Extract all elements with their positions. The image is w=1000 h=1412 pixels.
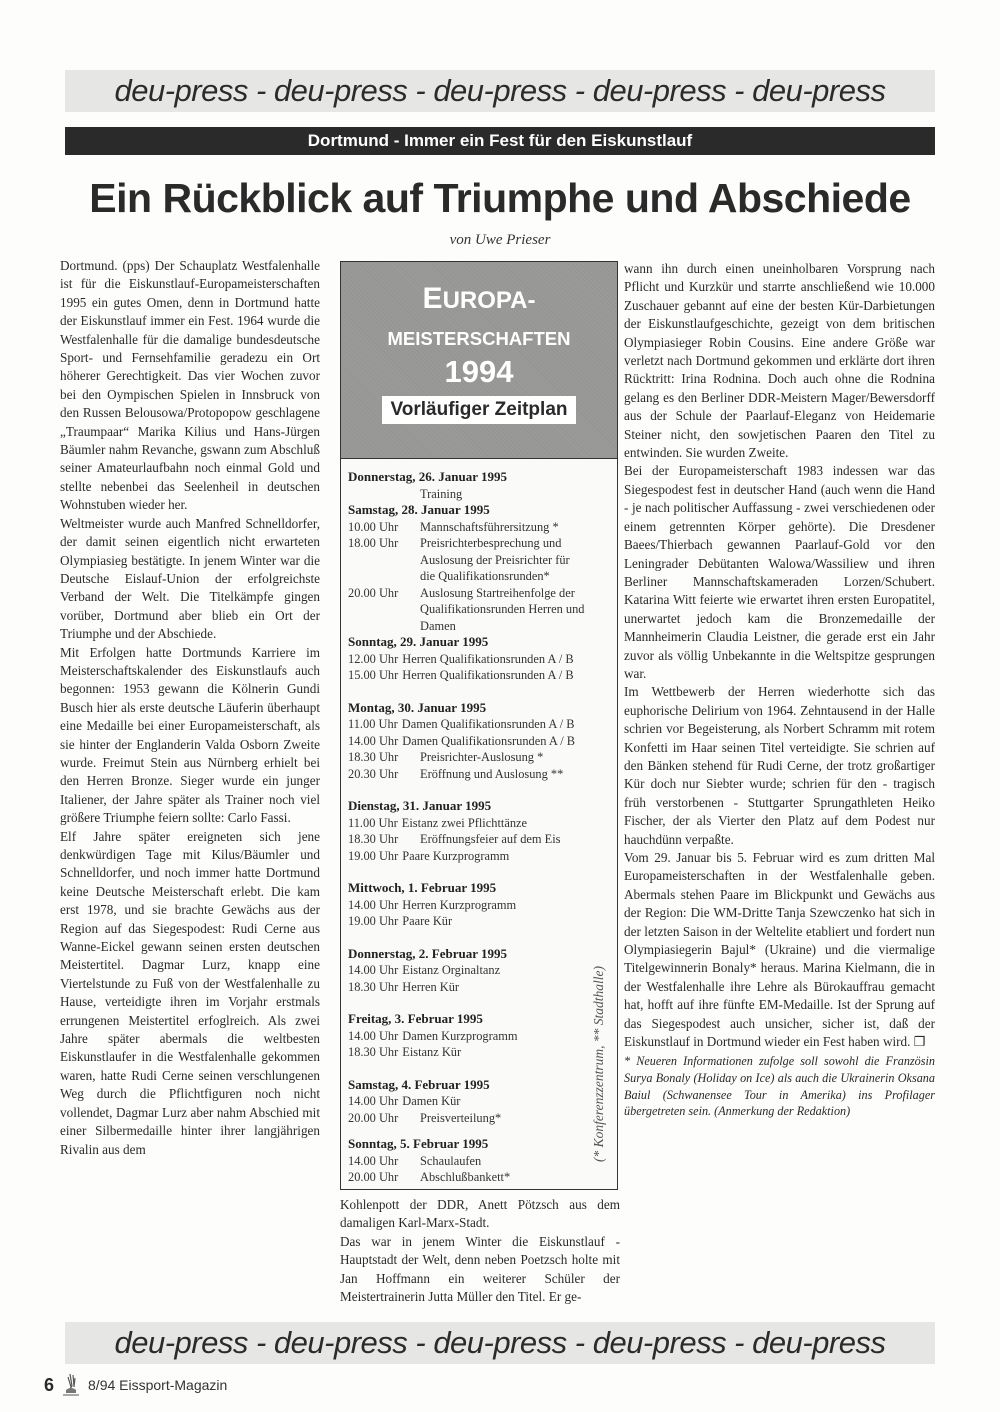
paragraph: Bei der Europameisterschaft 1983 indesse… (624, 462, 935, 683)
schedule-event: 14.00 UhrHerren Kurzprogramm (348, 897, 617, 914)
day-date: Donnerstag, 2. Februar 1995 (348, 946, 617, 963)
schedule-day: Montag, 30. Januar 1995 11.00 UhrDamen Q… (348, 700, 617, 783)
skater-logo-icon (60, 1372, 82, 1398)
schedule-subtitle: Vorläufiger Zeitplan (382, 396, 575, 424)
schedule-event: 14.00 UhrDamen Kurzprogramm (348, 1028, 617, 1045)
title-rest: UROPA- (443, 287, 536, 314)
day-date: Mittwoch, 1. Februar 1995 (348, 880, 617, 897)
day-date: Donnerstag, 26. Januar 1995 (348, 469, 617, 486)
day-date: Samstag, 4. Februar 1995 (348, 1077, 617, 1094)
paragraph: Das war in jenem Winter die Eiskunstlauf… (340, 1233, 620, 1307)
schedule-event: 11.00 UhrEistanz zwei Pflichttänze (348, 815, 617, 832)
venue-legend: (* Konferenzzentrum, ** Stadthalle) (591, 934, 615, 1194)
magazine-issue: 8/94 Eissport-Magazin (88, 1377, 227, 1393)
schedule-event: 20.00 UhrAuslosung Startreihenfolge der … (348, 585, 617, 635)
day-date: Montag, 30. Januar 1995 (348, 700, 617, 717)
schedule-day: Mittwoch, 1. Februar 1995 14.00 UhrHerre… (348, 880, 617, 930)
schedule-event: 10.00 UhrMannschaftsführersitzung * (348, 519, 617, 536)
deu-press-banner-bottom: deu-press - deu-press - deu-press - deu-… (65, 1322, 935, 1364)
schedule-event: 20.00 UhrAbschlußbankett* (348, 1169, 617, 1186)
paragraph: Weltmeister wurde auch Manfred Schnelldo… (60, 515, 320, 644)
schedule-event: 14.00 UhrDamen Qualifikationsrunden A / … (348, 733, 617, 750)
schedule-event: 18.00 UhrPreisrichterbesprechung und Aus… (348, 535, 617, 585)
box-title-year: 1994 (341, 354, 617, 390)
schedule-event: 19.00 UhrPaare Kurzprogramm (348, 848, 617, 865)
title-initial: E (423, 282, 443, 315)
schedule-list: Donnerstag, 26. Januar 1995 Training Sam… (341, 459, 617, 1186)
schedule-day: Sonntag, 29. Januar 1995 12.00 UhrHerren… (348, 634, 617, 684)
paragraph: wann ihn durch einen uneinholbaren Vorsp… (624, 260, 935, 462)
schedule-day: Donnerstag, 2. Februar 1995 14.00 UhrEis… (348, 946, 617, 996)
schedule-event: 20.00 UhrPreisverteilung* (348, 1110, 617, 1127)
paragraph: Kohlenpott der DDR, Anett Pötzsch aus de… (340, 1196, 620, 1233)
schedule-day: Samstag, 28. Januar 1995 10.00 UhrMannsc… (348, 502, 617, 634)
schedule-event: 14.00 UhrDamen Kür (348, 1093, 617, 1110)
box-title-line2: MEISTERSCHAFTEN (341, 324, 617, 354)
article-column-right: wann ihn durch einen uneinholbaren Vorsp… (624, 260, 935, 1120)
box-title-line1: EUROPA- (341, 262, 617, 316)
day-date: Freitag, 3. Februar 1995 (348, 1011, 617, 1028)
deu-press-banner-top: deu-press - deu-press - deu-press - deu-… (65, 70, 935, 112)
page-number: 6 (44, 1375, 54, 1396)
schedule-day: Samstag, 4. Februar 1995 14.00 UhrDamen … (348, 1077, 617, 1127)
schedule-event: 14.00 UhrSchaulaufen (348, 1153, 617, 1170)
schedule-day: Dienstag, 31. Januar 1995 11.00 UhrEista… (348, 798, 617, 864)
schedule-event: 12.00 UhrHerren Qualifikationsrunden A /… (348, 651, 617, 668)
paragraph: Mit Erfolgen hatte Dortmunds Karriere im… (60, 644, 320, 828)
schedule-event: Training (348, 486, 617, 503)
day-date: Dienstag, 31. Januar 1995 (348, 798, 617, 815)
article-column-middle: Kohlenpott der DDR, Anett Pötzsch aus de… (340, 1196, 620, 1306)
editor-footnote: * Neueren Informationen zufolge soll sow… (624, 1053, 935, 1119)
day-date: Samstag, 28. Januar 1995 (348, 502, 617, 519)
schedule-event: 18.30 UhrHerren Kür (348, 979, 617, 996)
paragraph: Elf Jahre später ereigneten sich jene de… (60, 828, 320, 1159)
schedule-event: 20.30 UhrEröffnung und Auslosung ** (348, 766, 617, 783)
schedule-event: 19.00 UhrPaare Kür (348, 913, 617, 930)
schedule-day: Freitag, 3. Februar 1995 14.00 UhrDamen … (348, 1011, 617, 1061)
paragraph: Vom 29. Januar bis 5. Februar wird es zu… (624, 849, 935, 1051)
schedule-box-header: EUROPA- MEISTERSCHAFTEN 1994 Vorläufiger… (341, 262, 617, 459)
schedule-day: Sonntag, 5. Februar 1995 14.00 UhrSchaul… (348, 1136, 617, 1186)
schedule-event: 18.30 UhrPreisrichter-Auslosung * (348, 749, 617, 766)
day-date: Sonntag, 5. Februar 1995 (348, 1136, 617, 1153)
schedule-event: 11.00 UhrDamen Qualifikationsrunden A / … (348, 716, 617, 733)
day-date: Sonntag, 29. Januar 1995 (348, 634, 617, 651)
subhead-bar: Dortmund - Immer ein Fest für den Eiskun… (65, 127, 935, 155)
schedule-event: 18.30 UhrEistanz Kür (348, 1044, 617, 1061)
schedule-day: Donnerstag, 26. Januar 1995 Training (348, 469, 617, 502)
headline: Ein Rückblick auf Triumphe und Abschiede (0, 173, 1000, 223)
paragraph: Im Wettbewerb der Herren wiederhotte sic… (624, 683, 935, 849)
schedule-event: 15.00 UhrHerren Qualifikationsrunden A /… (348, 667, 617, 684)
article-column-left: Dortmund. (pps) Der Schauplatz Westfalen… (60, 257, 320, 1159)
schedule-event: 18.30 UhrEröffnungsfeier auf dem Eis (348, 831, 617, 848)
schedule-event: 14.00 UhrEistanz Orginaltanz (348, 962, 617, 979)
byline: von Uwe Prieser (0, 232, 1000, 249)
paragraph: Dortmund. (pps) Der Schauplatz Westfalen… (60, 257, 320, 515)
schedule-box: EUROPA- MEISTERSCHAFTEN 1994 Vorläufiger… (340, 261, 618, 1190)
page-footer: 6 8/94 Eissport-Magazin (44, 1372, 227, 1398)
